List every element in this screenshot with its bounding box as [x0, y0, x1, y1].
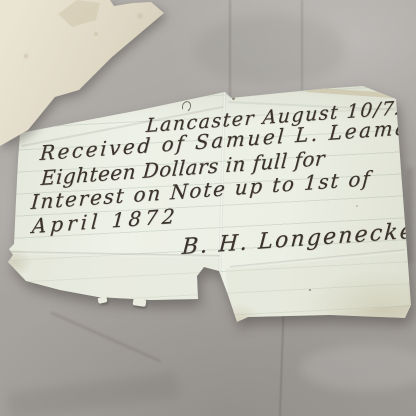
- photo-of-receipt: Lancaster August 10/72 Received of Samue…: [0, 0, 416, 416]
- surface-stain: [7, 372, 179, 416]
- surface-scratch: [229, 0, 231, 96]
- bottom-fold-band-right: [226, 253, 410, 320]
- envelope-face: [0, 0, 175, 155]
- bottom-fold-band-left: [8, 254, 221, 302]
- surface-scuff: [300, 345, 416, 391]
- surface-scratch: [301, 0, 303, 92]
- signature: B. H. Longenecker: [181, 218, 416, 260]
- envelope-paper: [0, 0, 175, 155]
- aged-edge-stain: [306, 87, 398, 98]
- ink-speck: [232, 97, 235, 100]
- surface-stain: [195, 15, 345, 85]
- ink-speck: [356, 205, 358, 207]
- ink-speck: [309, 289, 311, 291]
